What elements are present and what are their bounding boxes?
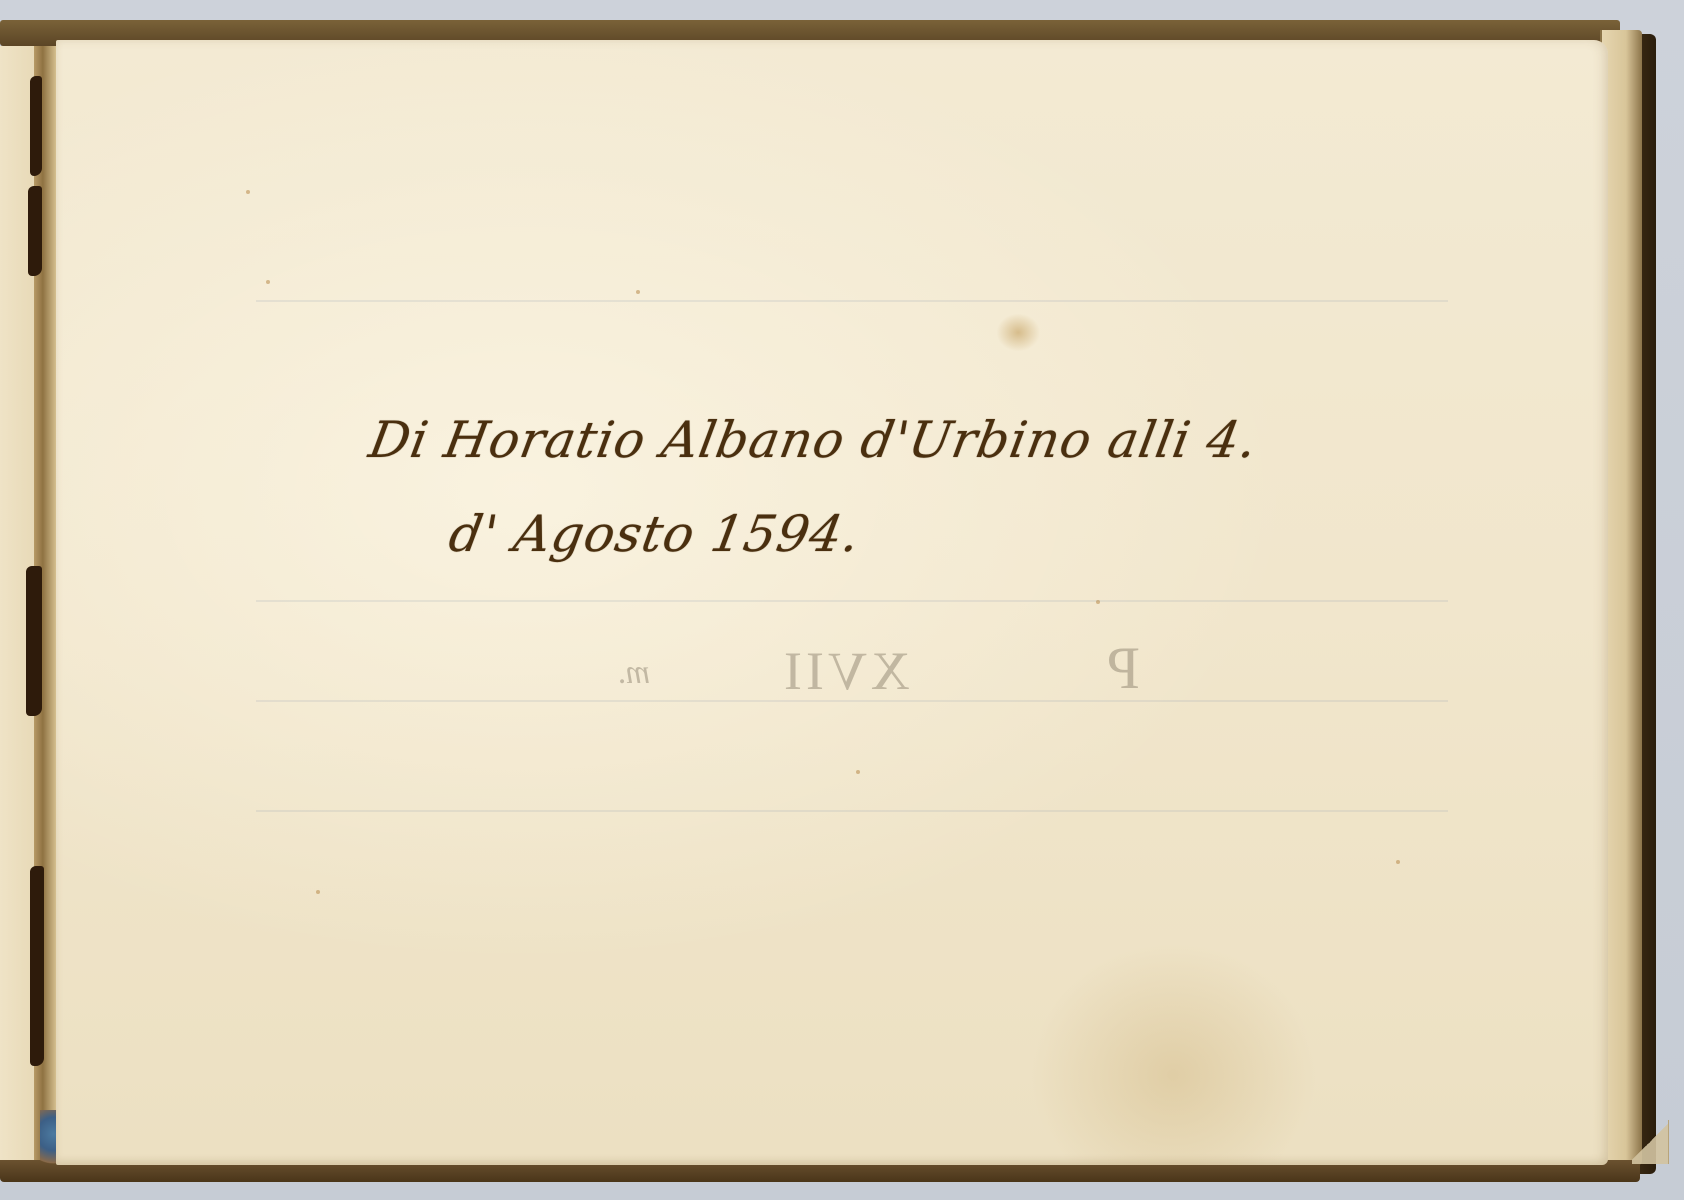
ruling-line (256, 300, 1448, 302)
foxing-spot (266, 280, 270, 284)
scan-scene: XVII P m. Di Horatio Albano d'Urbino all… (0, 0, 1684, 1200)
foxing-spot (1396, 860, 1400, 864)
foxing-spot (856, 770, 860, 774)
handwritten-inscription: Di Horatio Albano d'Urbino alli 4. d' Ag… (370, 408, 1350, 566)
mirrored-mark: m. (617, 654, 650, 692)
folded-corner (1632, 1120, 1669, 1164)
inscription-line-1: Di Horatio Albano d'Urbino alli 4. (364, 408, 1355, 472)
foxing-spot (636, 290, 640, 294)
ruling-line (256, 810, 1448, 812)
manuscript-page (56, 40, 1608, 1165)
foxing-spot (1096, 600, 1100, 604)
gutter-tear (26, 566, 42, 716)
mirrored-letter: P (1107, 634, 1140, 703)
foxing-spot (316, 890, 320, 894)
foxing-spot (246, 190, 250, 194)
mirrored-numeral: XVII (780, 640, 910, 702)
book-gutter (34, 46, 56, 1160)
gutter-tear (30, 866, 44, 1066)
gutter-tear (30, 76, 42, 176)
gutter-tear (28, 186, 42, 276)
inscription-line-2: d' Agosto 1594. (444, 502, 1355, 566)
show-through-text: XVII P m. (480, 640, 1080, 720)
ruling-line (256, 600, 1448, 602)
